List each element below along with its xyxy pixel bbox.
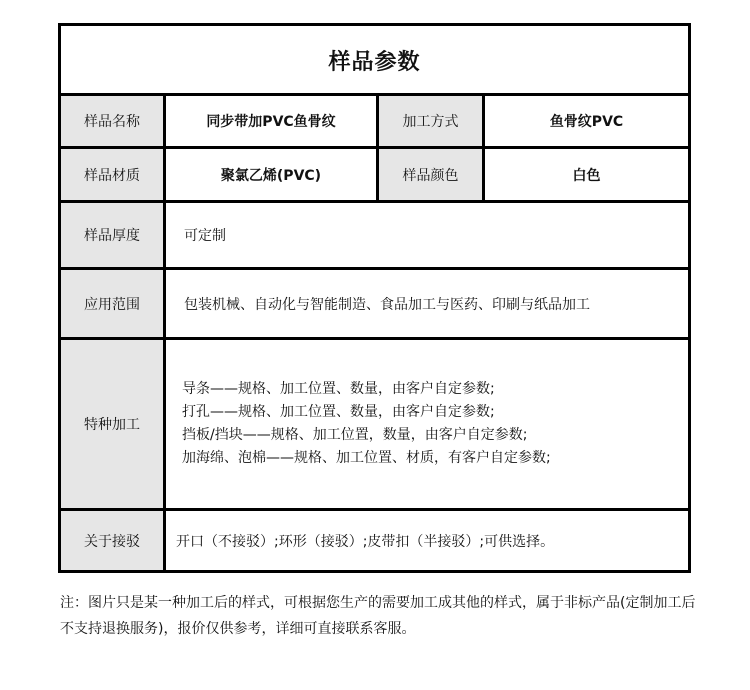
row-material: 样品材质 聚氯乙烯(PVC) 样品颜色 白色 (61, 146, 688, 200)
label-sample-name: 样品名称 (61, 96, 163, 146)
sample-parameters-table: 样品参数 样品名称 同步带加PVC鱼骨纹 加工方式 鱼骨纹PVC 样品材质 聚氯… (58, 23, 691, 573)
label-material: 样品材质 (61, 149, 163, 200)
value-material: 聚氯乙烯(PVC) (163, 149, 376, 200)
special-line: 导条——规格、加工位置、数量，由客户自定参数; (182, 378, 495, 401)
value-sample-name: 同步带加PVC鱼骨纹 (163, 96, 376, 146)
label-application: 应用范围 (61, 270, 163, 337)
value-processing-method: 鱼骨纹PVC (482, 96, 688, 146)
row-special-processing: 特种加工 导条——规格、加工位置、数量，由客户自定参数; 打孔——规格、加工位置… (61, 337, 688, 508)
value-joint: 开口（不接驳）;环形（接驳）;皮带扣（半接驳）;可供选择。 (163, 511, 688, 570)
label-color: 样品颜色 (376, 149, 482, 200)
row-thickness: 样品厚度 可定制 (61, 200, 688, 267)
label-special-processing: 特种加工 (61, 340, 163, 508)
table-title: 样品参数 (61, 26, 688, 94)
special-line: 挡板/挡块——规格、加工位置，数量，由客户自定参数; (182, 424, 527, 447)
special-line: 打孔——规格、加工位置、数量，由客户自定参数; (182, 401, 495, 424)
footnote: 注：图片只是某一种加工后的样式，可根据您生产的需要加工成其他的样式，属于非标产品… (60, 590, 700, 642)
value-thickness: 可定制 (163, 203, 688, 267)
row-application: 应用范围 包装机械、自动化与智能制造、食品加工与医药、印刷与纸品加工 (61, 267, 688, 337)
row-sample-name: 样品名称 同步带加PVC鱼骨纹 加工方式 鱼骨纹PVC (61, 93, 688, 146)
value-color: 白色 (482, 149, 688, 200)
special-line: 加海绵、泡棉——规格、加工位置、材质，有客户自定参数; (182, 447, 551, 470)
row-joint: 关于接驳 开口（不接驳）;环形（接驳）;皮带扣（半接驳）;可供选择。 (61, 508, 688, 570)
label-processing-method: 加工方式 (376, 96, 482, 146)
value-special-processing: 导条——规格、加工位置、数量，由客户自定参数; 打孔——规格、加工位置、数量，由… (163, 340, 688, 508)
label-joint: 关于接驳 (61, 511, 163, 570)
label-thickness: 样品厚度 (61, 203, 163, 267)
value-application: 包装机械、自动化与智能制造、食品加工与医药、印刷与纸品加工 (163, 270, 688, 337)
